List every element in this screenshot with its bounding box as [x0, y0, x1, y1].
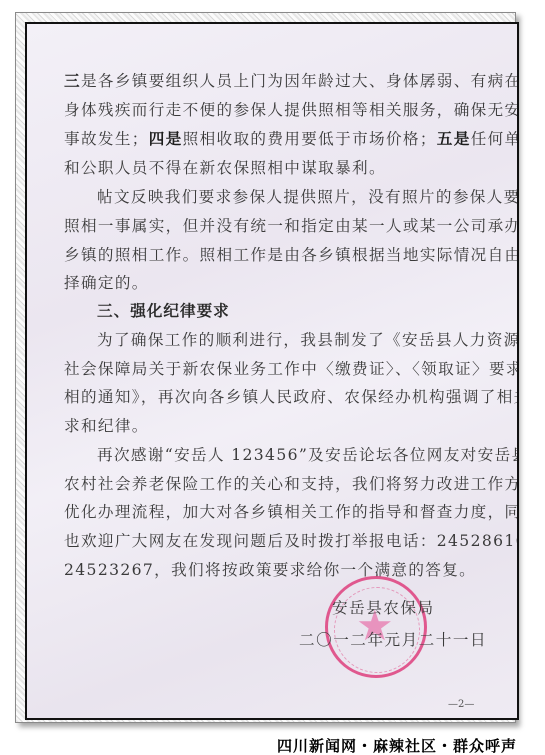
source-caption: 四川新闻网・麻辣社区・群众呼声 [277, 735, 517, 755]
paragraph-line-8: 择确定的。 [64, 273, 484, 293]
paragraph-line-12: 相的通知》，再次向各乡镇人民政府、农保经办机构强调了相关要 [64, 387, 484, 407]
paragraph-line-13: 求和纪律。 [64, 416, 484, 436]
bold-marker: 三 [64, 71, 81, 90]
paragraph-line-6: 照相一事属实，但并没有统一和指定由某一人或某一公司承办各 [64, 216, 484, 236]
paragraph-line-15: 农村社会养老保险工作的关心和支持，我们将努力改进工作方式、 [64, 474, 484, 494]
signature-date: 二〇一二年元月二十一日 [299, 628, 487, 650]
paragraph-line-10: 为了确保工作的顺利进行，我县制发了《安岳县人力资源和 [97, 330, 517, 350]
section-heading: 三、强化纪律要求 [97, 301, 517, 321]
paragraph-line-16: 优化办理流程，加大对各乡镇相关工作的指导和督查力度，同时 [64, 502, 484, 522]
bold-marker: 四是 [149, 129, 183, 148]
paragraph-line-18: 24523267，我们将按政策要求给你一个满意的答复。 [64, 560, 484, 580]
paragraph-line-4: 和公职人员不得在新农保照相中谋取暴利。 [64, 158, 484, 178]
page-number: —2— [448, 699, 474, 710]
bold-marker: 五是 [437, 129, 471, 148]
paragraph-line-11: 社会保障局关于新农保业务工作中〈缴费证〉、〈领取证〉要求照 [64, 359, 484, 379]
paragraph-line-7: 乡镇的照相工作。照相工作是由各乡镇根据当地实际情况自由选 [64, 245, 484, 265]
paragraph-line-2: 身体残疾而行走不便的参保人提供照相等相关服务，确保无安全 [64, 100, 484, 120]
official-seal-stamp: ★ [325, 576, 427, 678]
paragraph-line-1: 三是各乡镇要组织人员上门为因年龄过大、身体孱弱、有病在身、 [64, 71, 484, 91]
scanned-document-page: 三是各乡镇要组织人员上门为因年龄过大、身体孱弱、有病在身、 身体残疾而行走不便的… [25, 22, 519, 720]
signature-organization: 安岳县农保局 [332, 596, 435, 618]
paragraph-line-5: 帖文反映我们要求参保人提供照片，没有照片的参保人要求 [97, 187, 517, 207]
paragraph-line-3: 事故发生；四是照相收取的费用要低于市场价格；五是任何单位 [64, 129, 484, 149]
paragraph-line-14: 再次感谢“安岳人 123456”及安岳论坛各位网友对安岳县新型 [97, 445, 517, 465]
paragraph-line-17: 也欢迎广大网友在发现问题后及时拨打举报电话：24528616 或 [64, 531, 484, 551]
